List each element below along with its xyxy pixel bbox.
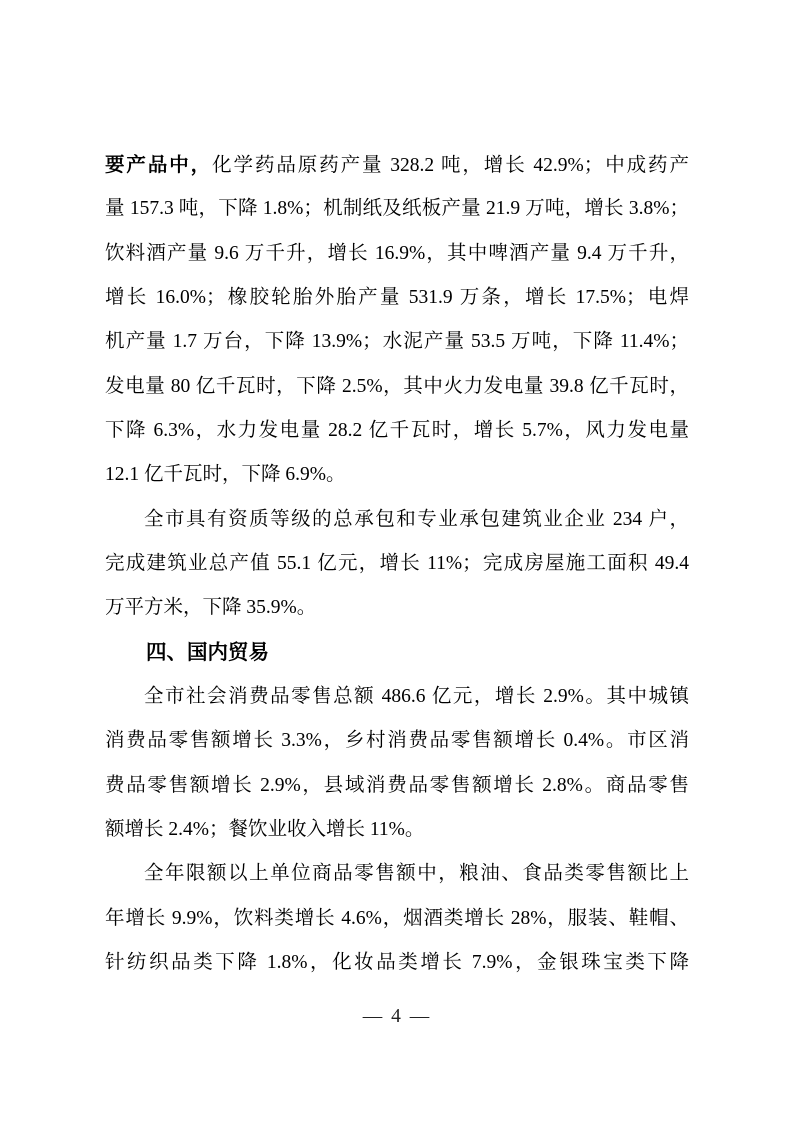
text-line: 增长 16.0%；橡胶轮胎外胎产量 531.9 万条，增长 17.5%；电焊 — [105, 276, 689, 320]
text-line: 针纺织品类下降 1.8%，化妆品类增长 7.9%，金银珠宝类下降 — [105, 941, 689, 985]
section-heading: 四、国内贸易 — [105, 631, 689, 675]
text-line: 全市社会消费品零售总额 486.6 亿元，增长 2.9%。其中城镇 — [105, 675, 689, 719]
text-line: 饮料酒产量 9.6 万千升，增长 16.9%，其中啤酒产量 9.4 万千升， — [105, 232, 689, 276]
line-text: 化学药品原药产量 328.2 吨，增长 42.9%；中成药产 — [212, 155, 689, 176]
text-line: 全年限额以上单位商品零售额中，粮油、食品类零售额比上 — [105, 852, 689, 896]
text-line: 要产品中，化学药品原药产量 328.2 吨，增长 42.9%；中成药产 — [105, 143, 689, 187]
text-line: 全市具有资质等级的总承包和专业承包建筑业企业 234 户， — [105, 498, 689, 542]
text-line: 消费品零售额增长 3.3%，乡村消费品零售额增长 0.4%。市区消 — [105, 719, 689, 763]
text-line: 年增长 9.9%，饮料类增长 4.6%，烟酒类增长 28%，服装、鞋帽、 — [105, 897, 689, 941]
page-number-footer: — 4 — — [0, 1006, 794, 1028]
bold-lead-text: 要产品中， — [105, 154, 212, 176]
text-line: 万平方米，下降 35.9%。 — [105, 586, 689, 630]
document-page: 要产品中，化学药品原药产量 328.2 吨，增长 42.9%；中成药产 量 15… — [0, 0, 794, 1123]
body-text: 要产品中，化学药品原药产量 328.2 吨，增长 42.9%；中成药产 量 15… — [105, 143, 689, 985]
text-line: 发电量 80 亿千瓦时，下降 2.5%，其中火力发电量 39.8 亿千瓦时， — [105, 365, 689, 409]
text-line: 完成建筑业总产值 55.1 亿元，增长 11%；完成房屋施工面积 49.4 — [105, 542, 689, 586]
text-line: 量 157.3 吨，下降 1.8%；机制纸及纸板产量 21.9 万吨，增长 3.… — [105, 187, 689, 231]
text-line: 12.1 亿千瓦时，下降 6.9%。 — [105, 453, 689, 497]
text-line: 下降 6.3%，水力发电量 28.2 亿千瓦时，增长 5.7%，风力发电量 — [105, 409, 689, 453]
text-line: 额增长 2.4%；餐饮业收入增长 11%。 — [105, 808, 689, 852]
text-line: 机产量 1.7 万台，下降 13.9%；水泥产量 53.5 万吨，下降 11.4… — [105, 320, 689, 364]
text-line: 费品零售额增长 2.9%，县域消费品零售额增长 2.8%。商品零售 — [105, 764, 689, 808]
